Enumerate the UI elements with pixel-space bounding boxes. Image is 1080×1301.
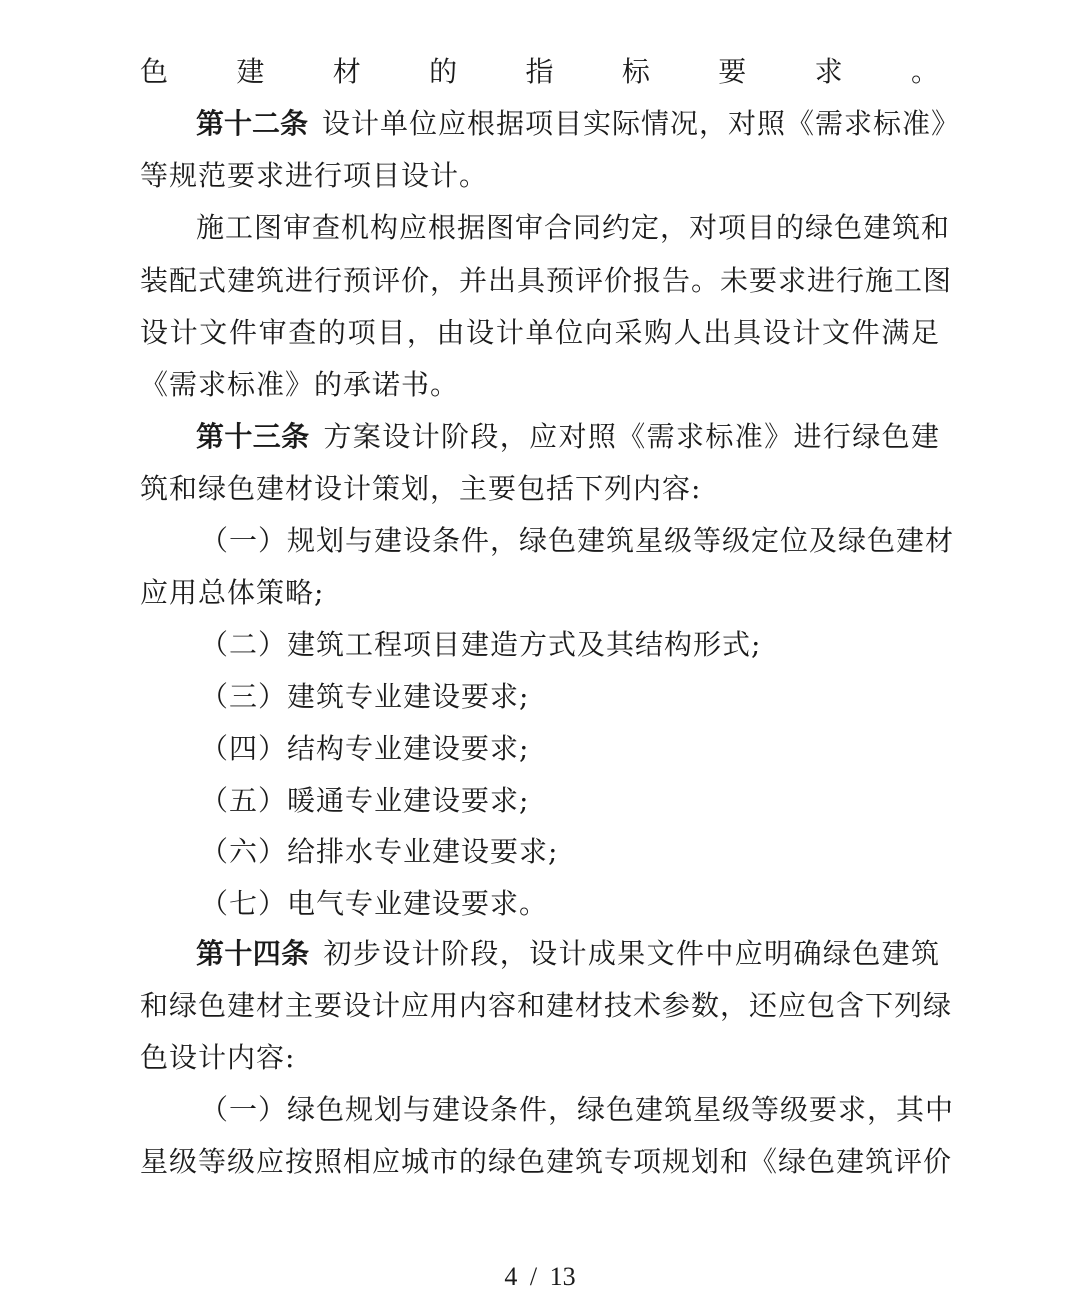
line-text: 色设计内容: bbox=[140, 1041, 295, 1074]
document-page: 色建材的指标要求。 第十二条设计单位应根据项目实际情况，对照《需求标准》 等规范… bbox=[0, 0, 1080, 1301]
line-text: 设计文件审查的项目，由设计单位向采购人出具设计文件满足 bbox=[140, 316, 940, 349]
page-separator: / bbox=[530, 1262, 537, 1291]
line-text: 筑和绿色建材设计策划，主要包括下列内容: bbox=[140, 472, 701, 505]
article-14-heading: 第十四条初步设计阶段，设计成果文件中应明确绿色建筑 bbox=[196, 934, 940, 974]
line-text: （三）建筑专业建设要求; bbox=[200, 680, 529, 713]
text-line: 筑和绿色建材设计策划，主要包括下列内容: bbox=[140, 469, 940, 509]
line-text: 和绿色建材主要设计应用内容和建材技术参数，还应包含下列绿 bbox=[140, 989, 952, 1022]
line-text: （一）规划与建设条件，绿色建筑星级等级定位及绿色建材 bbox=[200, 524, 954, 557]
list-item: （一）绿色规划与建设条件，绿色建筑星级等级要求，其中 bbox=[200, 1090, 940, 1130]
line-text: （五）暖通专业建设要求; bbox=[200, 784, 529, 817]
line-text: （二）建筑工程项目建造方式及其结构形式; bbox=[200, 628, 761, 661]
text-line: 施工图审查机构应根据图审合同约定，对项目的绿色建筑和 bbox=[196, 208, 940, 248]
article-number: 第十二条 bbox=[196, 107, 308, 140]
text-line: 等规范要求进行项目设计。 bbox=[140, 156, 940, 196]
line-text: （四）结构专业建设要求; bbox=[200, 732, 529, 765]
line-text: 《需求标准》的承诺书。 bbox=[140, 368, 459, 401]
line-text: 应用总体策略; bbox=[140, 576, 324, 609]
line-text: （一）绿色规划与建设条件，绿色建筑星级等级要求，其中 bbox=[200, 1093, 954, 1126]
text-line: 色建材的指标要求。 bbox=[140, 52, 940, 92]
text-line: 星级等级应按照相应城市的绿色建筑专项规划和《绿色建筑评价 bbox=[140, 1142, 940, 1182]
total-pages: 13 bbox=[550, 1262, 576, 1291]
article-12-heading: 第十二条设计单位应根据项目实际情况，对照《需求标准》 bbox=[196, 104, 940, 144]
article-13-heading: 第十三条方案设计阶段，应对照《需求标准》进行绿色建 bbox=[196, 417, 940, 457]
line-text: 初步设计阶段，设计成果文件中应明确绿色建筑 bbox=[324, 937, 940, 970]
text-line: 《需求标准》的承诺书。 bbox=[140, 365, 940, 405]
list-item: （二）建筑工程项目建造方式及其结构形式; bbox=[200, 625, 1000, 665]
text-line: 应用总体策略; bbox=[140, 573, 940, 613]
page-number: 4 / 13 bbox=[0, 1262, 1080, 1292]
list-item: （一）规划与建设条件，绿色建筑星级等级定位及绿色建材 bbox=[200, 521, 940, 561]
line-text: 施工图审查机构应根据图审合同约定，对项目的绿色建筑和 bbox=[196, 211, 950, 244]
text-line: 色设计内容: bbox=[140, 1038, 940, 1078]
line-text: 等规范要求进行项目设计。 bbox=[140, 159, 488, 192]
list-item: （四）结构专业建设要求; bbox=[200, 729, 1000, 769]
article-number: 第十三条 bbox=[196, 420, 310, 453]
list-item: （七）电气专业建设要求。 bbox=[200, 884, 1000, 924]
line-text: （七）电气专业建设要求。 bbox=[200, 887, 548, 920]
text-line: 装配式建筑进行预评价，并出具预评价报告。未要求进行施工图 bbox=[140, 261, 940, 301]
list-item: （三）建筑专业建设要求; bbox=[200, 677, 1000, 717]
line-text: 设计单位应根据项目实际情况，对照《需求标准》 bbox=[322, 107, 960, 140]
line-text: 方案设计阶段，应对照《需求标准》进行绿色建 bbox=[324, 420, 940, 453]
text-line: 设计文件审查的项目，由设计单位向采购人出具设计文件满足 bbox=[140, 313, 940, 353]
line-text: 星级等级应按照相应城市的绿色建筑专项规划和《绿色建筑评价 bbox=[140, 1145, 952, 1178]
text-line: 和绿色建材主要设计应用内容和建材技术参数，还应包含下列绿 bbox=[140, 986, 940, 1026]
list-item: （六）给排水专业建设要求; bbox=[200, 832, 1000, 872]
line-text: （六）给排水专业建设要求; bbox=[200, 835, 558, 868]
line-text: 色建材的指标要求。 bbox=[140, 55, 940, 88]
line-text: 装配式建筑进行预评价，并出具预评价报告。未要求进行施工图 bbox=[140, 264, 952, 297]
current-page: 4 bbox=[504, 1262, 517, 1291]
list-item: （五）暖通专业建设要求; bbox=[200, 781, 1000, 821]
article-number: 第十四条 bbox=[196, 937, 310, 970]
